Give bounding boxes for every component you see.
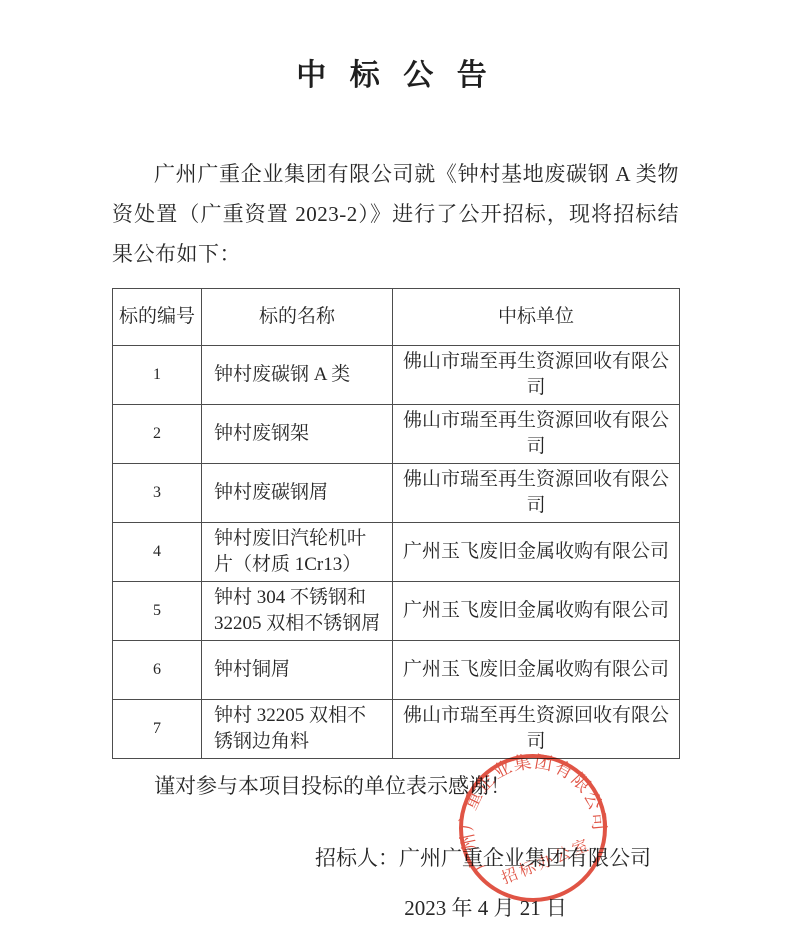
award-results-table: 标的编号 标的名称 中标单位 1 钟村废碳钢 A 类 佛山市瑞至再生资源回收有限… — [112, 288, 680, 759]
table-row: 1 钟村废碳钢 A 类 佛山市瑞至再生资源回收有限公司 — [113, 346, 680, 405]
winner-cell: 广州玉飞废旧金属收购有限公司 — [393, 523, 680, 582]
winner-cell: 佛山市瑞至再生资源回收有限公司 — [393, 464, 680, 523]
winner-cell: 广州玉飞废旧金属收购有限公司 — [393, 582, 680, 641]
announcement-page: 中 标 公 告 广州广重企业集团有限公司就《钟村基地废碳钢 A 类物资处置（广重… — [112, 0, 679, 923]
bid-name-cell: 钟村 304 不锈钢和 32205 双相不锈钢屑 — [202, 582, 393, 641]
bid-name-cell: 钟村 32205 双相不锈钢边角料 — [202, 700, 393, 759]
bid-name-cell: 钟村铜屑 — [202, 641, 393, 700]
bid-name-cell: 钟村废碳钢屑 — [202, 464, 393, 523]
table-row: 3 钟村废碳钢屑 佛山市瑞至再生资源回收有限公司 — [113, 464, 680, 523]
bid-number-cell: 1 — [113, 346, 202, 405]
bid-number-cell: 5 — [113, 582, 202, 641]
table-row: 6 钟村铜屑 广州玉飞废旧金属收购有限公司 — [113, 641, 680, 700]
table-row: 4 钟村废旧汽轮机叶片（材质 1Cr13） 广州玉飞废旧金属收购有限公司 — [113, 523, 680, 582]
bid-number-cell: 6 — [113, 641, 202, 700]
table-row: 5 钟村 304 不锈钢和 32205 双相不锈钢屑 广州玉飞废旧金属收购有限公… — [113, 582, 680, 641]
bidder-line: 招标人：广州广重企业集团有限公司 — [112, 843, 679, 873]
date-line: 2023 年 4 月 21 日 — [112, 893, 679, 923]
table-row: 2 钟村废钢架 佛山市瑞至再生资源回收有限公司 — [113, 405, 680, 464]
bid-number-cell: 3 — [113, 464, 202, 523]
winner-cell: 佛山市瑞至再生资源回收有限公司 — [393, 405, 680, 464]
column-header-winner: 中标单位 — [393, 289, 680, 346]
table-row: 7 钟村 32205 双相不锈钢边角料 佛山市瑞至再生资源回收有限公司 — [113, 700, 680, 759]
winner-cell: 佛山市瑞至再生资源回收有限公司 — [393, 700, 680, 759]
intro-paragraph: 广州广重企业集团有限公司就《钟村基地废碳钢 A 类物资处置（广重资置 2023-… — [112, 154, 679, 274]
bid-name-cell: 钟村废碳钢 A 类 — [202, 346, 393, 405]
winner-cell: 佛山市瑞至再生资源回收有限公司 — [393, 346, 680, 405]
bid-name-cell: 钟村废旧汽轮机叶片（材质 1Cr13） — [202, 523, 393, 582]
table-header-row: 标的编号 标的名称 中标单位 — [113, 289, 680, 346]
winner-cell: 广州玉飞废旧金属收购有限公司 — [393, 641, 680, 700]
column-header-bid-name: 标的名称 — [202, 289, 393, 346]
bid-number-cell: 4 — [113, 523, 202, 582]
bid-name-cell: 钟村废钢架 — [202, 405, 393, 464]
bid-number-cell: 2 — [113, 405, 202, 464]
bid-number-cell: 7 — [113, 700, 202, 759]
thanks-line: 谨对参与本项目投标的单位表示感谢！ — [112, 771, 679, 801]
page-title: 中 标 公 告 — [112, 54, 679, 98]
column-header-bid-number: 标的编号 — [113, 289, 202, 346]
